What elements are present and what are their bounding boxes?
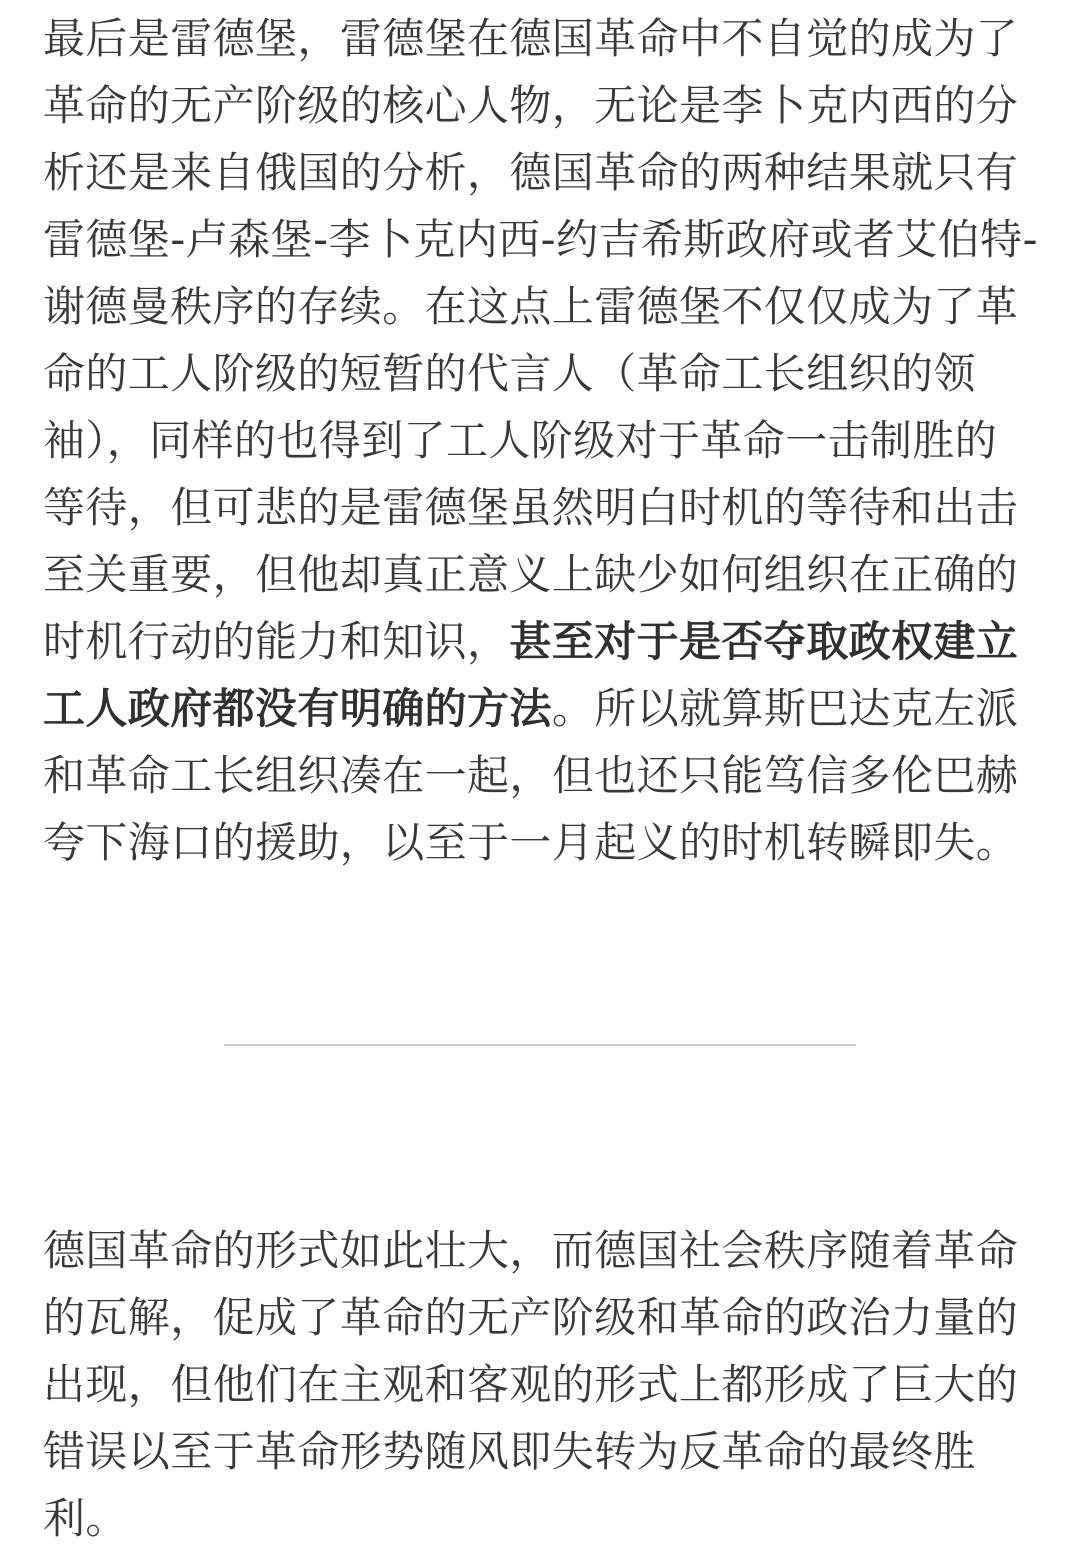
paragraph-german-revolution-ledebour: 最后是雷德堡，雷德堡在德国革命中不自觉的成为了革命的无产阶级的核心人物，无论是李… xyxy=(43,5,1037,876)
body-text: 析还是来自俄国的分析，德国革命的两种结果就只有 xyxy=(43,148,1018,197)
body-text: 时机行动的能力和知识， xyxy=(43,617,509,666)
emphasized-text: 工人政府都没有明确的方法 xyxy=(43,684,552,733)
emphasized-text: 甚至对于是否夺取政权建立 xyxy=(509,617,1018,666)
paragraph-line: 最后是雷德堡，雷德堡在德国革命中不自觉的成为了 xyxy=(43,5,1037,72)
paragraph-line: 命的工人阶级的短暂的代言人（革命工长组织的领 xyxy=(43,340,1037,407)
paragraph-line: 利。 xyxy=(43,1485,1037,1552)
body-text: 至关重要，但他却真正意义上缺少如何组织在正确的 xyxy=(43,550,1018,599)
paragraph-line: 谢德曼秩序的存续。在这点上雷德堡不仅仅成为了革 xyxy=(43,273,1037,340)
body-text: 利。 xyxy=(43,1494,128,1543)
body-text: 命的工人阶级的短暂的代言人（革命工长组织的领 xyxy=(43,349,976,398)
paragraph-line: 析还是来自俄国的分析，德国革命的两种结果就只有 xyxy=(43,139,1037,206)
body-text: 错误以至于革命形势随风即失转为反革命的最终胜 xyxy=(43,1427,976,1476)
body-text: 谢德曼秩序的存续。在这点上雷德堡不仅仅成为了革 xyxy=(43,282,1018,331)
paragraph-line: 出现，但他们在主观和客观的形式上都形成了巨大的 xyxy=(43,1351,1037,1418)
section-divider xyxy=(224,1044,856,1046)
paragraph-line: 等待，但可悲的是雷德堡虽然明白时机的等待和出击 xyxy=(43,474,1037,541)
body-text: 夸下海口的援助，以至于一月起义的时机转瞬即失。 xyxy=(43,818,1018,867)
paragraph-german-revolution-summary: 德国革命的形式如此壮大，而德国社会秩序随着革命的瓦解，促成了革命的无产阶级和革命… xyxy=(43,1217,1037,1552)
body-text: 德国革命的形式如此壮大，而德国社会秩序随着革命 xyxy=(43,1226,1018,1275)
paragraph-line: 和革命工长组织凑在一起，但也还只能笃信多伦巴赫 xyxy=(43,742,1037,809)
body-text: 等待，但可悲的是雷德堡虽然明白时机的等待和出击 xyxy=(43,483,1018,532)
body-text: 雷德堡-卢森堡-李卜克内西-约吉希斯政府或者艾伯特- xyxy=(43,215,1038,264)
paragraph-line: 夸下海口的援助，以至于一月起义的时机转瞬即失。 xyxy=(43,809,1037,876)
body-text: 最后是雷德堡，雷德堡在德国革命中不自觉的成为了 xyxy=(43,14,1018,63)
paragraph-line: 工人政府都没有明确的方法。所以就算斯巴达克左派 xyxy=(43,675,1037,742)
article-body: 最后是雷德堡，雷德堡在德国革命中不自觉的成为了革命的无产阶级的核心人物，无论是李… xyxy=(0,0,1080,1552)
paragraph-line: 德国革命的形式如此壮大，而德国社会秩序随着革命 xyxy=(43,1217,1037,1284)
paragraph-line: 的瓦解，促成了革命的无产阶级和革命的政治力量的 xyxy=(43,1284,1037,1351)
paragraph-line: 至关重要，但他却真正意义上缺少如何组织在正确的 xyxy=(43,541,1037,608)
paragraph-line: 袖），同样的也得到了工人阶级对于革命一击制胜的 xyxy=(43,407,1037,474)
body-text: 和革命工长组织凑在一起，但也还只能笃信多伦巴赫 xyxy=(43,751,1018,800)
body-text: 。所以就算斯巴达克左派 xyxy=(552,684,1018,733)
paragraph-line: 雷德堡-卢森堡-李卜克内西-约吉希斯政府或者艾伯特- xyxy=(43,206,1037,273)
body-text: 革命的无产阶级的核心人物，无论是李卜克内西的分 xyxy=(43,81,1018,130)
body-text: 袖），同样的也得到了工人阶级对于革命一击制胜的 xyxy=(43,416,997,465)
body-text: 出现，但他们在主观和客观的形式上都形成了巨大的 xyxy=(43,1360,1018,1409)
paragraph-line: 革命的无产阶级的核心人物，无论是李卜克内西的分 xyxy=(43,72,1037,139)
paragraph-line: 错误以至于革命形势随风即失转为反革命的最终胜 xyxy=(43,1418,1037,1485)
paragraph-line: 时机行动的能力和知识，甚至对于是否夺取政权建立 xyxy=(43,608,1037,675)
body-text: 的瓦解，促成了革命的无产阶级和革命的政治力量的 xyxy=(43,1293,1018,1342)
